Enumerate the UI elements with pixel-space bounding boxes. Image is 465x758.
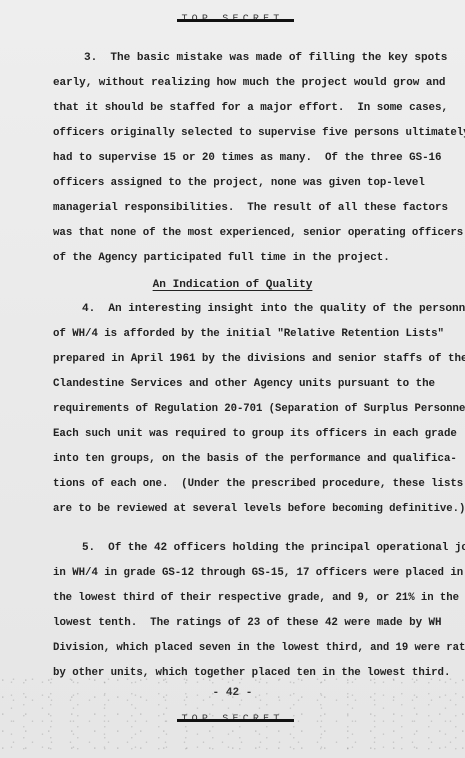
text-line: was that none of the most experienced, s… [53,226,463,240]
text-line: in WH/4 in grade GS-12 through GS-15, 17… [53,566,463,580]
text-line: lowest tenth. The ratings of 23 of these… [53,616,442,630]
text-line: 4. An interesting insight into the quali… [82,302,465,316]
text-line: Division, which placed seven in the lowe… [53,641,465,655]
classification-label: TOP SECRET [177,714,287,725]
text-line: are to be reviewed at several levels bef… [53,502,465,516]
classification-label: TOP SECRET [177,14,287,25]
text-line: requirements of Regulation 20-701 (Separ… [53,402,465,416]
text-line: Each such unit was required to group its… [53,427,457,441]
page-number: - 42 - [0,687,465,699]
document-page: TOP SECRET 3. The basic mistake was made… [0,0,465,758]
text-line: officers originally selected to supervis… [53,126,465,140]
text-line: into ten groups, on the basis of the per… [53,452,457,466]
text-line: that it should be staffed for a major ef… [53,101,448,115]
text-line: officers assigned to the project, none w… [53,176,425,190]
section-heading-text: An Indication of Quality [153,279,313,291]
text-line: 3. The basic mistake was made of filling… [84,51,447,65]
text-line: 5. Of the 42 officers holding the princi… [82,541,465,555]
text-line: by other units, which together placed te… [53,666,450,680]
text-line: Clandestine Services and other Agency un… [53,377,435,391]
text-line: the lowest third of their respective gra… [53,591,459,605]
text-line: of WH/4 is afforded by the initial "Rela… [53,327,444,341]
text-line: prepared in April 1961 by the divisions … [53,352,465,366]
text-line: early, without realizing how much the pr… [53,76,445,90]
section-heading: An Indication of Quality [0,278,465,292]
text-line: of the Agency participated full time in … [53,251,390,265]
classification-marking-bottom: TOP SECRET [0,714,465,725]
text-line: tions of each one. (Under the prescribed… [53,477,463,491]
text-line: managerial responsibilities. The result … [53,201,448,215]
text-line: had to supervise 15 or 20 times as many.… [53,151,442,165]
classification-marking-top: TOP SECRET [0,14,465,25]
